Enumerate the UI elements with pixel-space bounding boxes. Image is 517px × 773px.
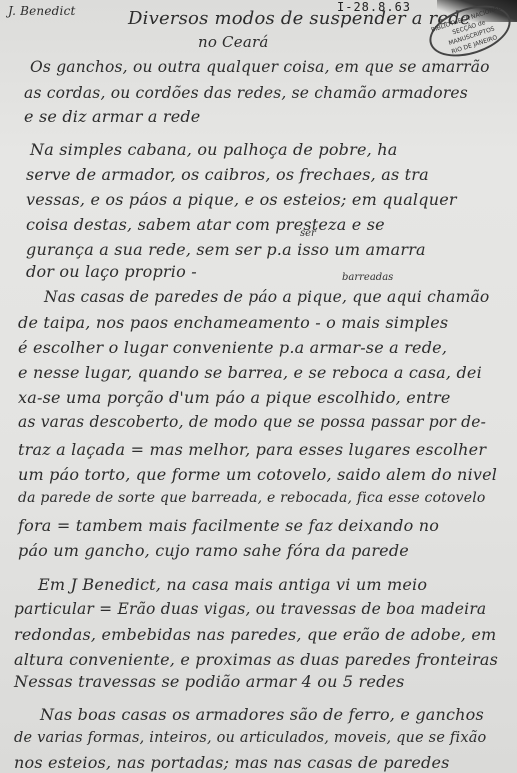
text-line: é escolher o lugar conveniente p.a armar… bbox=[18, 338, 447, 357]
text-line: as cordas, ou cordões das redes, se cham… bbox=[24, 84, 468, 102]
text-line: Nas casas de paredes de páo a pique, que… bbox=[44, 288, 489, 306]
text-line: altura conveniente, e proximas as duas p… bbox=[14, 650, 498, 669]
page-subtitle: no Ceará bbox=[198, 33, 268, 51]
text-line: Nessas travessas se podião armar 4 ou 5 … bbox=[14, 672, 405, 691]
text-line: redondas, embebidas nas paredes, que erã… bbox=[14, 625, 496, 644]
text-line: Os ganchos, ou outra qualquer coisa, em … bbox=[30, 58, 490, 76]
text-line: coisa destas, sabem atar com presteza e … bbox=[26, 215, 385, 234]
text-line: e se diz armar a rede bbox=[24, 107, 200, 126]
interlinear-insertion: barreadas bbox=[342, 272, 393, 283]
text-line: de taipa, nos paos enchameamento - o mai… bbox=[18, 313, 448, 332]
text-line: xa-se uma porção d'um páo a pique escolh… bbox=[18, 388, 451, 407]
author-note: J. Benedict bbox=[8, 4, 76, 18]
text-line: dor ou laço proprio - bbox=[26, 262, 197, 281]
page-title: Diversos modos de suspender a rede bbox=[128, 8, 471, 29]
text-line: da parede de sorte que barreada, e reboc… bbox=[18, 490, 486, 506]
text-line: serve de armador, os caibros, os frechae… bbox=[26, 165, 429, 184]
text-line: vessas, e os páos a pique, e os esteios;… bbox=[26, 190, 457, 209]
text-line: Na simples cabana, ou palhoça de pobre, … bbox=[30, 140, 397, 159]
text-line: de varias formas, inteiros, ou articulad… bbox=[14, 730, 486, 746]
text-line: e nesse lugar, quando se barrea, e se re… bbox=[18, 363, 482, 382]
text-line: um páo torto, que forme um cotovelo, sai… bbox=[18, 465, 497, 484]
text-line: nos esteios, nas portadas; mas nas casas… bbox=[14, 753, 450, 772]
text-line: Nas boas casas os armadores são de ferro… bbox=[40, 705, 484, 724]
text-line: particular = Erão duas vigas, ou travess… bbox=[14, 600, 486, 618]
text-line: Em J Benedict, na casa mais antiga vi um… bbox=[38, 575, 427, 594]
text-line: traz a laçada = mas melhor, para esses l… bbox=[18, 440, 486, 459]
text-line: fora = tambem mais facilmente se faz dei… bbox=[18, 516, 439, 535]
interlinear-insertion: ser bbox=[300, 228, 316, 239]
text-line: páo um gancho, cujo ramo sahe fóra da pa… bbox=[18, 541, 409, 560]
text-line: as varas descoberto, de modo que se poss… bbox=[18, 413, 486, 431]
text-line: gurança a sua rede, sem ser p.a isso um … bbox=[26, 240, 426, 259]
